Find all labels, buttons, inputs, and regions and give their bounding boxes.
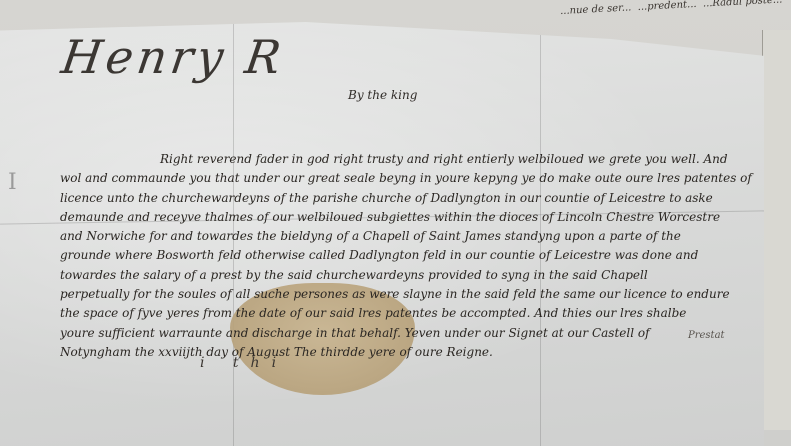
- body-line: towardes the salary of a prest by the sa…: [60, 266, 765, 285]
- back-text-fragment: ...Radul poste...: [703, 0, 783, 10]
- body-line: grounde where Bosworth feld otherwise ca…: [60, 246, 765, 265]
- body-line: wol and commaunde you that under our gre…: [60, 169, 765, 188]
- seal-inscription: i thi: [200, 355, 288, 371]
- body-line: licence unto the churchewardeyns of the …: [60, 189, 765, 208]
- body-line: the space of fyve yeres from the date of…: [60, 304, 765, 323]
- margin-numeral: I: [8, 170, 17, 195]
- letter-body: Right reverend fader in god right trusty…: [60, 150, 765, 362]
- underlying-document-edge: [762, 30, 791, 430]
- back-text-fragment: ...predent...: [637, 0, 696, 13]
- docket-note: Prestat: [688, 330, 725, 341]
- body-line: and Norwiche for and towardes the bieldy…: [60, 227, 765, 246]
- body-line: demaunde and receyve thalmes of our welb…: [60, 208, 765, 227]
- body-line: Notyngham the xxviijth day of August The…: [60, 343, 765, 362]
- body-line: youre sufficient warraunte and discharge…: [60, 324, 765, 343]
- subscription: By the king: [348, 88, 417, 102]
- back-text-fragment: ...nue de ser...: [560, 2, 632, 17]
- underlying-document-text: ...nue de ser... ...predent... ...Radul …: [560, 0, 791, 18]
- body-line: perpetually for the soules of all suche …: [60, 285, 765, 304]
- royal-signature: Henry R: [58, 30, 288, 84]
- body-line: Right reverend fader in god right trusty…: [60, 150, 765, 169]
